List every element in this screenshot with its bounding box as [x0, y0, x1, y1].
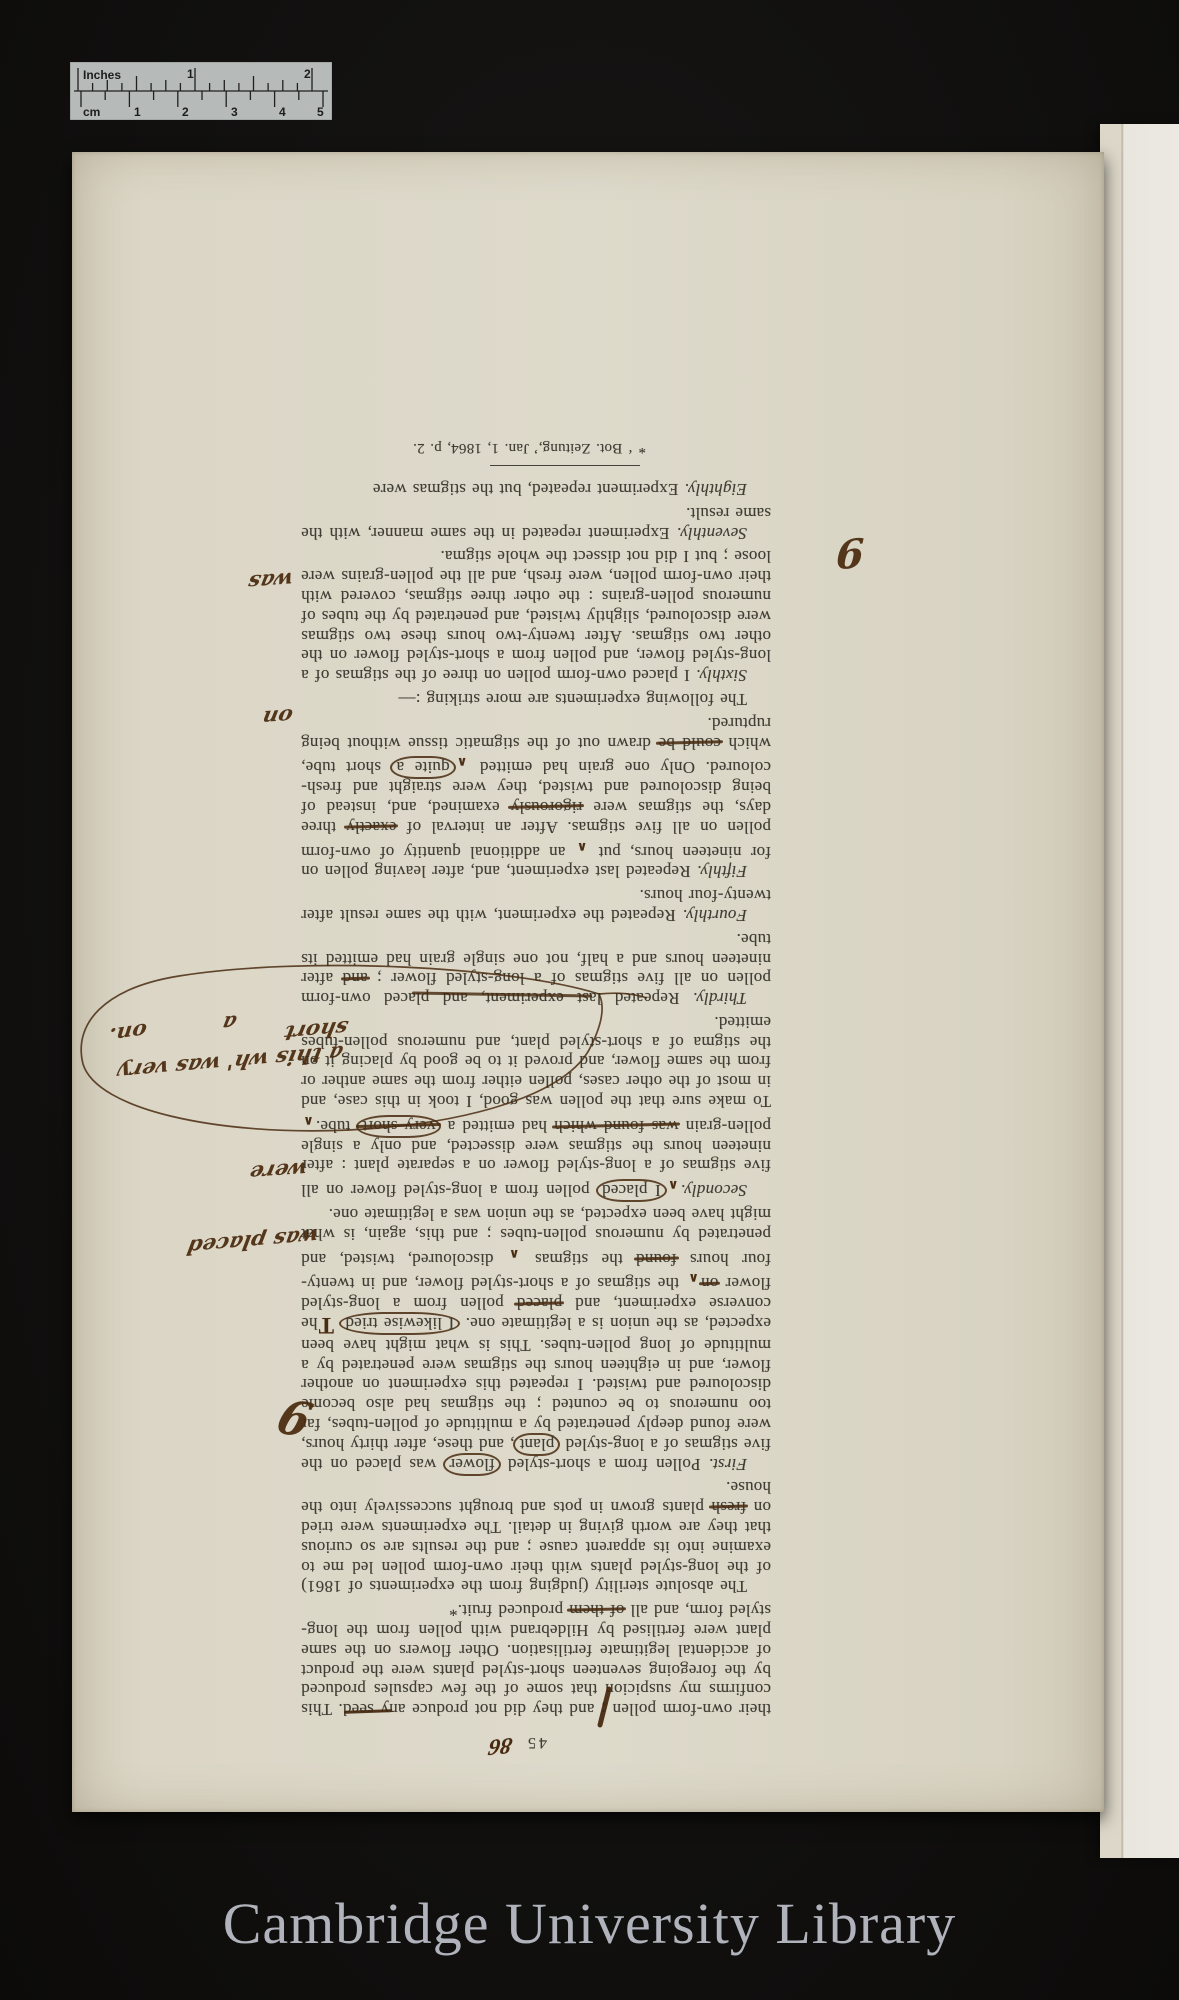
footnote: * ‘ Bot. Zeitung,’ Jan. 1, 1864, p. 2. [301, 437, 646, 457]
ink-figure-left-margin: 9 [835, 528, 865, 578]
underlying-page-edge [1100, 124, 1179, 1858]
printed-paragraph: The following experiments are more strik… [301, 689, 771, 709]
document-page: 45 86 their own-form pollen ; and they d… [72, 152, 1104, 1812]
printed-paragraph: Seventhly. Experiment repeated in the sa… [301, 503, 771, 543]
page-number: 45 [525, 1734, 547, 1751]
printed-paragraph: their own-form pollen ; and they did not… [301, 1600, 771, 1719]
printed-paragraph: The absolute sterility (judging from the… [301, 1478, 771, 1597]
ruler-cm-1: 1 [134, 105, 141, 119]
margin-note-was: was [246, 568, 295, 596]
printed-paragraph: Fourthly. Repeated the experiment, with … [301, 885, 771, 925]
photo-backdrop: 45 86 their own-form pollen ; and they d… [0, 0, 1179, 2000]
library-watermark: Cambridge University Library [0, 1890, 1179, 1957]
ruler-cm-2: 2 [182, 105, 189, 119]
ruler-inches-label: Inches [83, 68, 121, 82]
ruler-cm-5: 5 [317, 105, 324, 119]
ruler-inch-2: 2 [304, 67, 311, 81]
ruler-cm-label: cm [83, 105, 100, 119]
printed-paragraph: Sixthly. I placed own-form pollen on thr… [301, 547, 771, 686]
ruler-inch-1: 1 [187, 67, 194, 81]
margin-note-was-placed: was placed [152, 1224, 320, 1263]
ink-item-number: 86 [488, 1735, 514, 1757]
printed-paragraph: Fifthly. Repeated last experiment, and, … [301, 713, 771, 881]
printed-paragraph: Eighthly. Experiment repeated, but the s… [301, 479, 771, 499]
ruler-cm-4: 4 [279, 105, 286, 119]
rotated-page-content: 45 86 their own-form pollen ; and they d… [72, 152, 1104, 1812]
footnote-rule [490, 465, 640, 466]
margin-note-on: on [260, 704, 295, 731]
printed-paragraph: First. Pollen from a short-styled flower… [301, 1204, 771, 1473]
ruler-cm-3: 3 [231, 105, 238, 119]
page-header: 45 86 [301, 1732, 771, 1752]
measurement-ruler: Inches 1 2 cm 1 2 3 4 5 [70, 62, 332, 120]
